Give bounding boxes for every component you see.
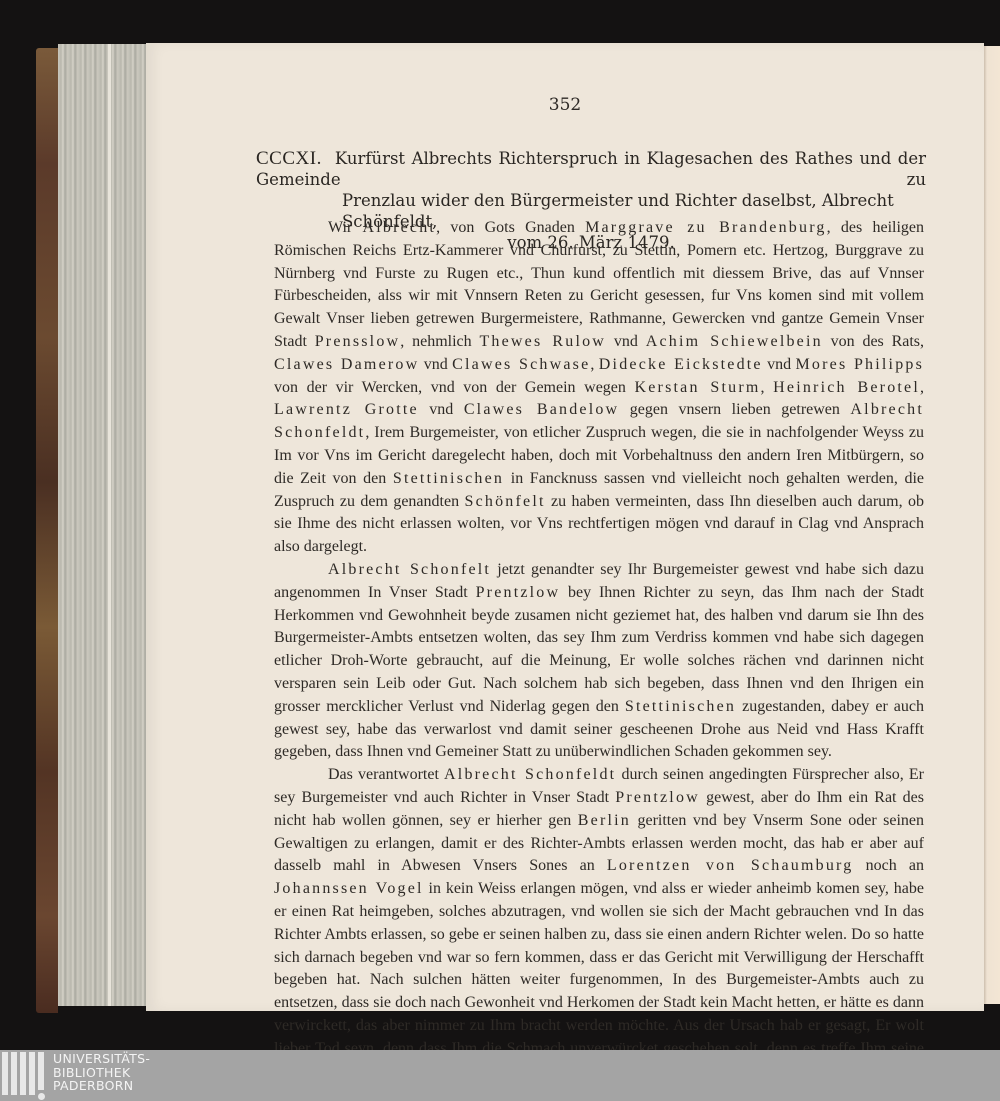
proper-name: Clawes Damerow: [274, 356, 419, 373]
paragraph: Das verantwortet Albrecht Schonfeldt dur…: [274, 764, 924, 1083]
proper-name: Johannssen Vogel: [274, 880, 424, 897]
body-text: Wir Albrecht, von Gots Gnaden Marggrave …: [274, 217, 924, 1083]
text-run: von des Rats,: [823, 333, 924, 350]
proper-name: Mores Philipps: [796, 356, 925, 373]
heading-line-1: CCCXI. Kurfürst Albrechts Richterspruch …: [256, 148, 926, 190]
proper-name: Berlin: [578, 812, 631, 829]
proper-name: Heinrich Berotel: [773, 379, 920, 396]
heading-numeral: CCCXI.: [256, 148, 322, 169]
proper-name: Prentzlow: [615, 789, 700, 806]
proper-name: Didecke Eickstedte: [599, 356, 763, 373]
logo-line-3: PADERBORN: [53, 1079, 150, 1093]
text-run: ,: [920, 379, 924, 396]
proper-name: Albrecht Schonfeldt: [444, 766, 616, 783]
proper-name: Marggrave zu Brandenburg: [585, 219, 827, 236]
paragraph: Wir Albrecht, von Gots Gnaden Marggrave …: [274, 217, 924, 559]
book-page: 352 CCCXI. Kurfürst Albrechts Richterspr…: [146, 43, 984, 1011]
library-logo-text: UNIVERSITÄTS- BIBLIOTHEK PADERBORN: [53, 1052, 150, 1093]
text-run: ,: [590, 356, 598, 373]
proper-name: Schönfelt: [465, 493, 546, 510]
library-logo-bars-icon: [0, 1052, 46, 1098]
text-run: ,: [761, 379, 774, 396]
text-run: noch an: [853, 857, 924, 874]
library-footer-bar: UNIVERSITÄTS- BIBLIOTHEK PADERBORN: [0, 1050, 1000, 1101]
heading-title: Kurfürst Albrechts Richterspruch in Klag…: [256, 149, 926, 189]
proper-name: Prentzlow: [476, 584, 561, 601]
text-run: Das verantwortet: [328, 766, 444, 783]
proper-name: Stettinischen: [393, 470, 504, 487]
proper-name: Prensslow: [315, 333, 401, 350]
text-run: , des heiligen Römischen Reichs Ertz-Kam…: [274, 219, 924, 350]
text-run: Wir: [328, 219, 363, 236]
text-run: von der vir Wercken, vnd von der Gemein …: [274, 379, 634, 396]
facing-page-edge: [984, 46, 1000, 1004]
proper-name: Thewes Rulow: [479, 333, 606, 350]
text-run: vnd: [606, 333, 646, 350]
proper-name: Lorentzen von Schaumburg: [607, 857, 854, 874]
page-edges: [58, 44, 146, 1006]
logo-line-1: UNIVERSITÄTS-: [53, 1052, 150, 1066]
proper-name: Albrecht: [363, 219, 437, 236]
proper-name: Stettinischen: [625, 698, 736, 715]
proper-name: Clawes Bandelow: [464, 401, 619, 418]
logo-line-2: BIBLIOTHEK: [53, 1066, 150, 1080]
text-run: bey Ihnen Richter zu seyn, das Ihm nach …: [274, 584, 924, 715]
text-run: , nehmlich: [400, 333, 479, 350]
proper-name: Albrecht Schonfelt: [328, 561, 491, 578]
page-number: 352: [146, 95, 984, 115]
proper-name: Lawrentz Grotte: [274, 401, 419, 418]
text-run: vnd: [419, 401, 464, 418]
proper-name: Kerstan Sturm: [634, 379, 760, 396]
text-run: vnd: [419, 356, 452, 373]
proper-name: Clawes Schwase: [452, 356, 590, 373]
paragraph: Albrecht Schonfelt jetzt genandter sey I…: [274, 559, 924, 764]
text-run: , von Gots Gnaden: [436, 219, 585, 236]
text-run: vnd: [763, 356, 796, 373]
book-spine: [36, 48, 58, 1013]
text-run: gegen vnsern lieben getrewen: [619, 401, 850, 418]
book-scan: 352 CCCXI. Kurfürst Albrechts Richterspr…: [0, 0, 1000, 1050]
proper-name: Achim Schiewelbein: [646, 333, 823, 350]
